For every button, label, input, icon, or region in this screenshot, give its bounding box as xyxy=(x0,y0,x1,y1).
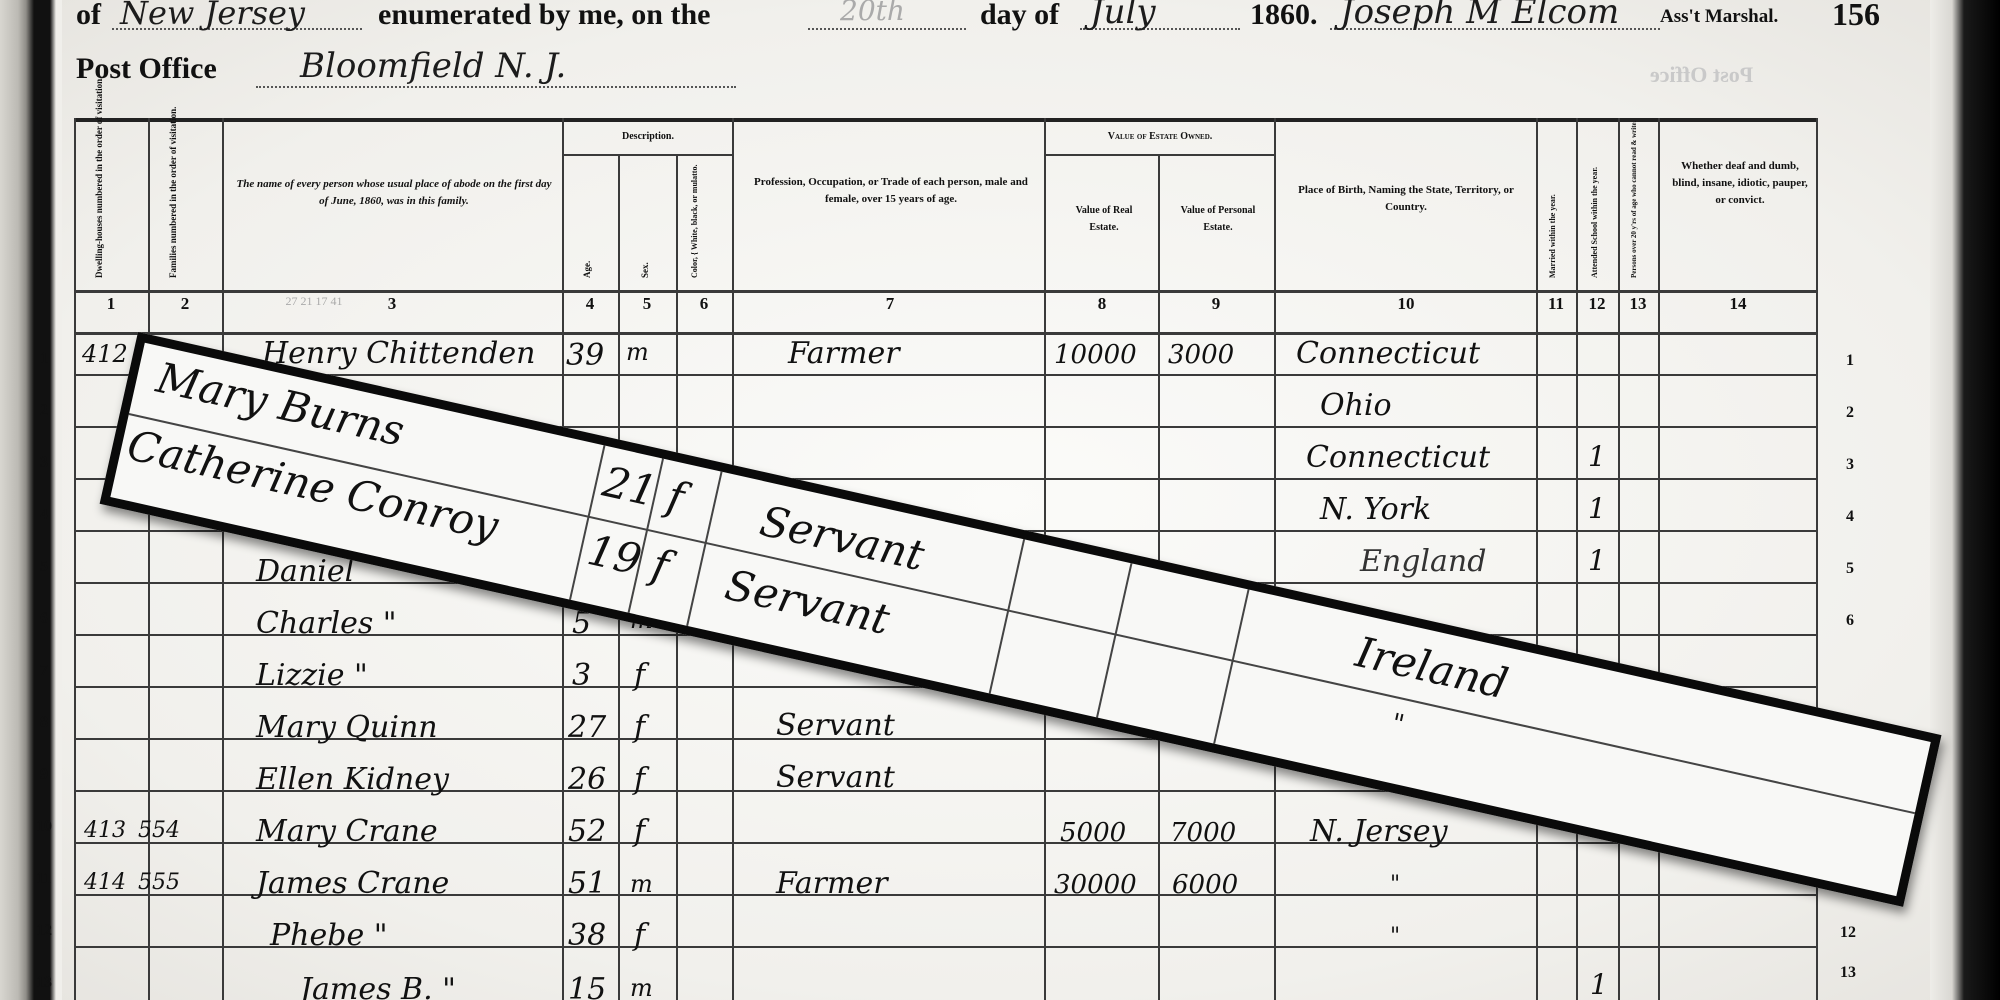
inset-col-divider xyxy=(989,539,1025,694)
row13-age: 15 xyxy=(568,972,606,1000)
col-divider xyxy=(222,118,224,1000)
row8-age: 27 xyxy=(568,710,606,745)
row13-sex: m xyxy=(630,974,653,1000)
col7-header: Profession, Occupation, or Trade of each… xyxy=(746,174,1036,208)
right-binding-edge xyxy=(1930,0,2000,1000)
col-divider xyxy=(1536,118,1538,1000)
row4-school: 1 xyxy=(1588,492,1606,525)
line-number-left: 13 xyxy=(36,974,52,992)
inset-row2-birthplace: " xyxy=(1389,708,1407,740)
inset-row2-occupation: Servant xyxy=(721,560,894,644)
year-text: 1860. xyxy=(1250,0,1318,32)
row11-dwelling: 414 xyxy=(84,870,126,895)
row11-sex: m xyxy=(630,870,653,898)
col-divider xyxy=(74,118,76,1000)
row9-occupation: Servant xyxy=(776,760,895,795)
state-field: New Jersey xyxy=(120,0,305,32)
left-binding-edge xyxy=(0,0,62,1000)
col-number: 13 xyxy=(1618,294,1658,314)
col-divider xyxy=(1658,118,1660,1000)
row1-occupation: Farmer xyxy=(788,336,900,371)
inset-row1-age: 21 xyxy=(598,457,661,516)
col10-header: Place of Birth, Naming the State, Territ… xyxy=(1284,182,1528,216)
row8-name: Mary Quinn xyxy=(256,710,438,745)
col4-header: Age. xyxy=(582,261,592,278)
row11-name: James Crane xyxy=(256,866,449,901)
table-top-border xyxy=(74,118,1818,122)
day-underline xyxy=(808,28,966,30)
inset-row2-sex: f xyxy=(648,539,674,590)
line-number-left: 3 xyxy=(40,454,48,472)
inset-col-divider xyxy=(686,471,722,626)
row11-occupation: Farmer xyxy=(776,866,888,901)
line-number-right: 13 xyxy=(1840,964,1856,982)
row6-name: Charles " xyxy=(256,606,397,641)
line-number-right: 5 xyxy=(1846,560,1854,578)
estate-group-header: Value of Estate Owned. xyxy=(1046,128,1274,145)
row1-real-estate: 10000 xyxy=(1054,340,1137,370)
col-divider xyxy=(1274,118,1276,1000)
row3-birthplace: Connecticut xyxy=(1306,440,1490,475)
row12-sex: f xyxy=(634,918,645,953)
col-number: 7 xyxy=(870,294,910,314)
col-number: 4 xyxy=(570,294,610,314)
col-number: 2 xyxy=(165,294,205,314)
row7-name: Lizzie " xyxy=(256,658,368,693)
row11-age: 51 xyxy=(568,866,606,901)
col12-header: Attended School within the year. xyxy=(1590,138,1599,278)
col-number: 12 xyxy=(1577,294,1617,314)
marshal-signature: Joseph M Elcom xyxy=(1340,0,1619,32)
col6-header: Color, { White, black, or mulatto. xyxy=(690,158,699,278)
inset-col-divider xyxy=(1096,563,1132,718)
inset-row1-birthplace: Ireland xyxy=(1351,627,1512,708)
estate-group-rule xyxy=(1044,154,1274,156)
line-number-right: 12 xyxy=(1840,924,1856,942)
row13-school: 1 xyxy=(1590,968,1608,1000)
row4-birthplace: N. York xyxy=(1320,492,1431,527)
description-group-rule xyxy=(562,154,732,156)
row1-personal-estate: 3000 xyxy=(1168,340,1234,370)
month-field: July xyxy=(1090,0,1156,32)
row10-dwelling: 413 xyxy=(84,818,126,843)
enumerated-text: enumerated by me, on the xyxy=(378,0,710,32)
row9-name: Ellen Kidney xyxy=(256,762,449,797)
number-row-border xyxy=(74,332,1818,335)
row11-family: 555 xyxy=(138,870,180,895)
col11-header: Married within the year. xyxy=(1548,138,1557,278)
col-number: 8 xyxy=(1082,294,1122,314)
inset-row2-age: 19 xyxy=(583,525,646,584)
row10-personal-estate: 7000 xyxy=(1170,818,1236,848)
row9-age: 26 xyxy=(568,762,606,797)
line-number-left: 6 xyxy=(40,610,48,628)
row3-school: 1 xyxy=(1588,440,1606,473)
inset-row1-sex: f xyxy=(663,471,689,522)
post-office-underline xyxy=(256,86,736,88)
row1-name: Henry Chittenden xyxy=(262,336,535,371)
col9-header: Value of Personal Estate. xyxy=(1170,202,1266,236)
col2-header: Families numbered in the order of visita… xyxy=(168,128,178,278)
row5-birthplace: England xyxy=(1360,544,1486,579)
col-number: 1 xyxy=(91,294,131,314)
row5-name: Daniel xyxy=(256,554,354,589)
row10-family: 554 xyxy=(138,818,180,843)
col8-header: Value of Real Estate. xyxy=(1064,202,1144,236)
row10-real-estate: 5000 xyxy=(1060,818,1126,848)
line-number-left: 7 xyxy=(40,662,48,680)
line-number-left: 9 xyxy=(40,766,48,784)
line-number-left: 12 xyxy=(36,922,52,940)
line-number-right: 4 xyxy=(1846,508,1854,526)
line-number-left: 11 xyxy=(36,870,51,888)
line-number-left: 1 xyxy=(40,350,48,368)
line-number-right: 3 xyxy=(1846,456,1854,474)
row7-sex: f xyxy=(634,658,645,693)
col-number: 5 xyxy=(627,294,667,314)
row11-personal-estate: 6000 xyxy=(1172,870,1238,900)
col-divider xyxy=(148,118,150,1000)
col14-header: Whether deaf and dumb, blind, insane, id… xyxy=(1670,158,1810,209)
day-field: 20th xyxy=(840,0,905,27)
row1-dwelling: 412 xyxy=(82,340,128,368)
row8-occupation: Servant xyxy=(776,708,895,743)
day-of-text: day of xyxy=(980,0,1059,32)
header-of: of xyxy=(76,0,101,32)
row1-age: 39 xyxy=(566,338,604,373)
row1-birthplace: Connecticut xyxy=(1296,336,1480,371)
line-number-right: 2 xyxy=(1846,404,1854,422)
line-number-left: 10 xyxy=(36,818,52,836)
line-number-left: 8 xyxy=(40,714,48,732)
col-divider xyxy=(1576,118,1578,1000)
line-number-right: 6 xyxy=(1846,612,1854,630)
row11-birthplace: " xyxy=(1390,872,1400,897)
line-number-right: 1 xyxy=(1846,352,1854,370)
census-page: of New Jersey enumerated by me, on the 2… xyxy=(0,0,2000,1000)
description-group-header: Description. xyxy=(564,128,732,145)
inset-col-divider xyxy=(1213,589,1249,744)
row10-age: 52 xyxy=(568,814,606,849)
row12-birthplace: " xyxy=(1390,924,1400,949)
marshal-title: Ass't Marshal. xyxy=(1660,6,1778,28)
row7-age: 3 xyxy=(572,658,591,693)
row9-sex: f xyxy=(634,762,645,797)
row5-school: 1 xyxy=(1588,544,1606,577)
bleed-through-stamp: Post Office xyxy=(1650,62,1753,88)
inset-row1-occupation: Servant xyxy=(756,496,929,580)
post-office-field: Bloomfield N. J. xyxy=(300,46,566,86)
row12-name: Phebe " xyxy=(270,918,388,953)
col3-header: The name of every person whose usual pla… xyxy=(234,176,554,210)
row10-birthplace: N. Jersey xyxy=(1310,814,1448,849)
page-number: 156 xyxy=(1832,0,1880,33)
col5-header: Sex. xyxy=(640,262,650,278)
col-number: 6 xyxy=(684,294,724,314)
row8-sex: f xyxy=(634,710,645,745)
line-number-left: 2 xyxy=(40,402,48,420)
col-number: 11 xyxy=(1536,294,1576,314)
col-number: 3 xyxy=(372,294,412,314)
col-number: 10 xyxy=(1386,294,1426,314)
col-number: 14 xyxy=(1718,294,1758,314)
col1-header: Dwelling-houses numbered in the order of… xyxy=(94,128,104,278)
row11-real-estate: 30000 xyxy=(1054,870,1137,900)
row12-age: 38 xyxy=(568,918,606,953)
row1-sex: m xyxy=(626,338,649,366)
row2-birthplace: Ohio xyxy=(1320,388,1392,423)
line-number-left: 5 xyxy=(40,558,48,576)
col13-header: Persons over 20 y'rs of age who cannot r… xyxy=(1630,128,1638,278)
faint-col-markings: 27 21 17 41 xyxy=(254,294,374,309)
line-number-left: 4 xyxy=(40,506,48,524)
row13-name: James B. " xyxy=(300,972,456,1000)
row10-sex: f xyxy=(634,814,645,849)
row10-name: Mary Crane xyxy=(256,814,438,849)
col-number: 9 xyxy=(1196,294,1236,314)
header-bottom-border xyxy=(74,290,1818,293)
col-divider xyxy=(1618,118,1620,1000)
